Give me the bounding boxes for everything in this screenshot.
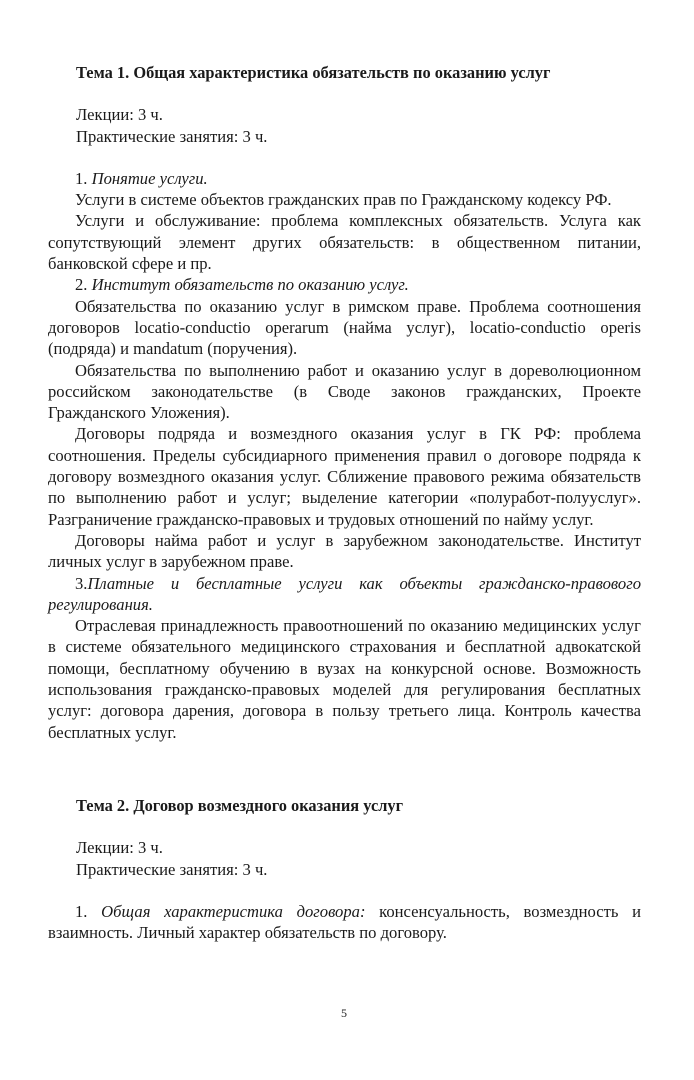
topic-2-practice: Практические занятия: 3 ч. (76, 859, 641, 880)
paragraph: Отраслевая принадлежность правоотношений… (48, 615, 641, 743)
topic-2-lectures: Лекции: 3 ч. (76, 837, 641, 858)
paragraph: Обязательства по выполнению работ и оказ… (48, 360, 641, 424)
topic-2-heading: Тема 2. Договор возмездного оказания усл… (76, 795, 641, 816)
topic-2-section-1: 1. Общая характеристика договора: консен… (48, 901, 641, 944)
page-number: 5 (341, 1006, 347, 1021)
paragraph: Обязательства по оказанию услуг в римско… (48, 296, 641, 360)
topic-1-practice: Практические занятия: 3 ч. (76, 126, 641, 147)
topic-1-lectures: Лекции: 3 ч. (76, 104, 641, 125)
paragraph: Услуги в системе объектов гражданских пр… (48, 189, 641, 210)
topic-1-section-2-title: 2. Институт обязательств по оказанию усл… (48, 274, 641, 295)
paragraph: Договоры найма работ и услуг в зарубежно… (48, 530, 641, 573)
topic-1-section-1-title: 1. Понятие услуги. (48, 168, 641, 189)
paragraph: Услуги и обслуживание: проблема комплекс… (48, 210, 641, 274)
topic-1-heading: Тема 1. Общая характеристика обязательст… (76, 62, 641, 83)
paragraph: Договоры подряда и возмездного оказания … (48, 423, 641, 529)
topic-1-section-3-title: 3.Платные и бесплатные услуги как объект… (48, 573, 641, 616)
document-page: Тема 1. Общая характеристика обязательст… (48, 62, 641, 943)
